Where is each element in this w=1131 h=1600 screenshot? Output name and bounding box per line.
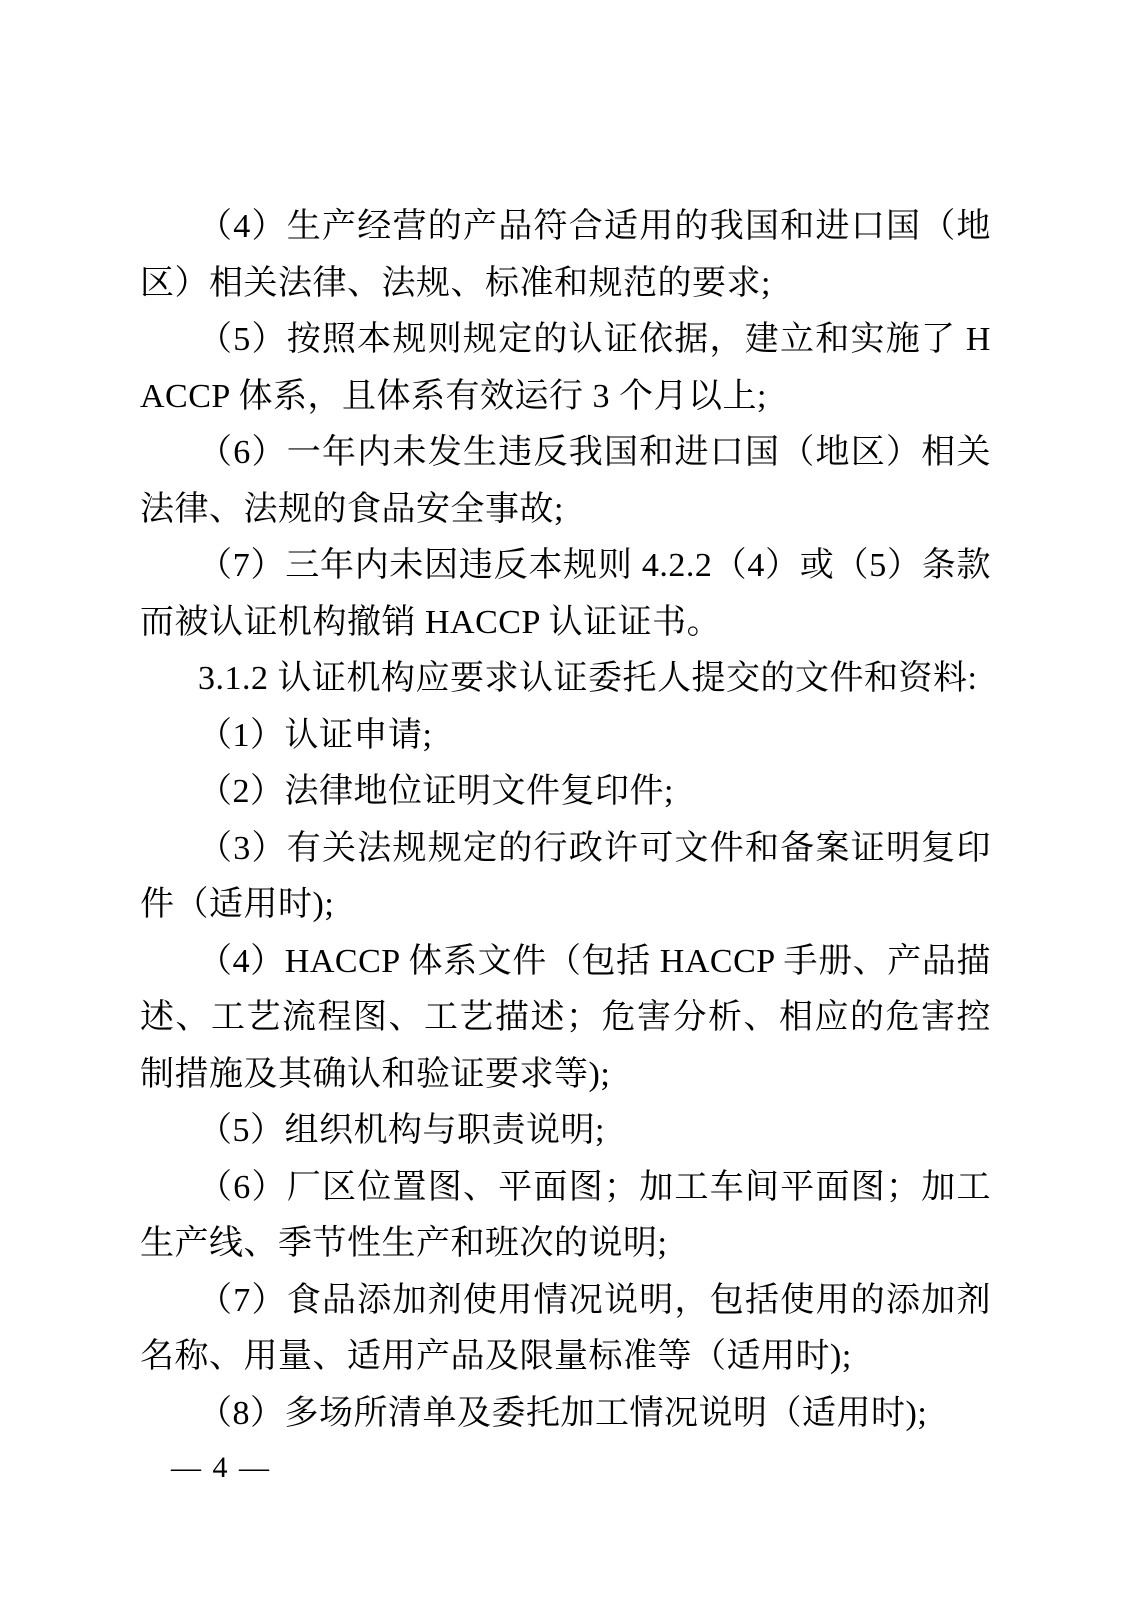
paragraph-item-4-requirements: （4）生产经营的产品符合适用的我国和进口国（地区）相关法律、法规、标准和规范的要… — [140, 199, 991, 312]
paragraph-doc-7-additives: （7）食品添加剂使用情况说明，包括使用的添加剂名称、用量、适用产品及限量标准等（… — [140, 1273, 991, 1386]
paragraph-doc-4-haccp-documents: （4）HACCP 体系文件（包括 HACCP 手册、产品描述、工艺流程图、工艺描… — [140, 934, 991, 1104]
paragraph-doc-8-multi-site: （8）多场所清单及委托加工情况说明（适用时); — [140, 1386, 991, 1443]
document-body: （4）生产经营的产品符合适用的我国和进口国（地区）相关法律、法规、标准和规范的要… — [140, 199, 991, 1442]
page-number: — 4 — — [171, 1447, 271, 1489]
paragraph-doc-3-permits: （3）有关法规规定的行政许可文件和备案证明复印件（适用时); — [140, 821, 991, 934]
paragraph-heading-3-1-2: 3.1.2 认证机构应要求认证委托人提交的文件和资料: — [140, 651, 991, 708]
paragraph-item-7-revocation: （7）三年内未因违反本规则 4.2.2（4）或（5）条款而被认证机构撤销 HAC… — [140, 538, 991, 651]
paragraph-item-6-food-safety: （6）一年内未发生违反我国和进口国（地区）相关法律、法规的食品安全事故; — [140, 425, 991, 538]
paragraph-doc-2-legal-status: （2）法律地位证明文件复印件; — [140, 764, 991, 821]
paragraph-doc-5-organization: （5）组织机构与职责说明; — [140, 1103, 991, 1160]
paragraph-doc-1-application: （1）认证申请; — [140, 708, 991, 765]
paragraph-item-5-haccp-system: （5）按照本规则规定的认证依据，建立和实施了 HACCP 体系，且体系有效运行 … — [140, 312, 991, 425]
paragraph-doc-6-plant-layout: （6）厂区位置图、平面图；加工车间平面图；加工生产线、季节性生产和班次的说明; — [140, 1160, 991, 1273]
document-page: （4）生产经营的产品符合适用的我国和进口国（地区）相关法律、法规、标准和规范的要… — [0, 0, 1131, 1600]
